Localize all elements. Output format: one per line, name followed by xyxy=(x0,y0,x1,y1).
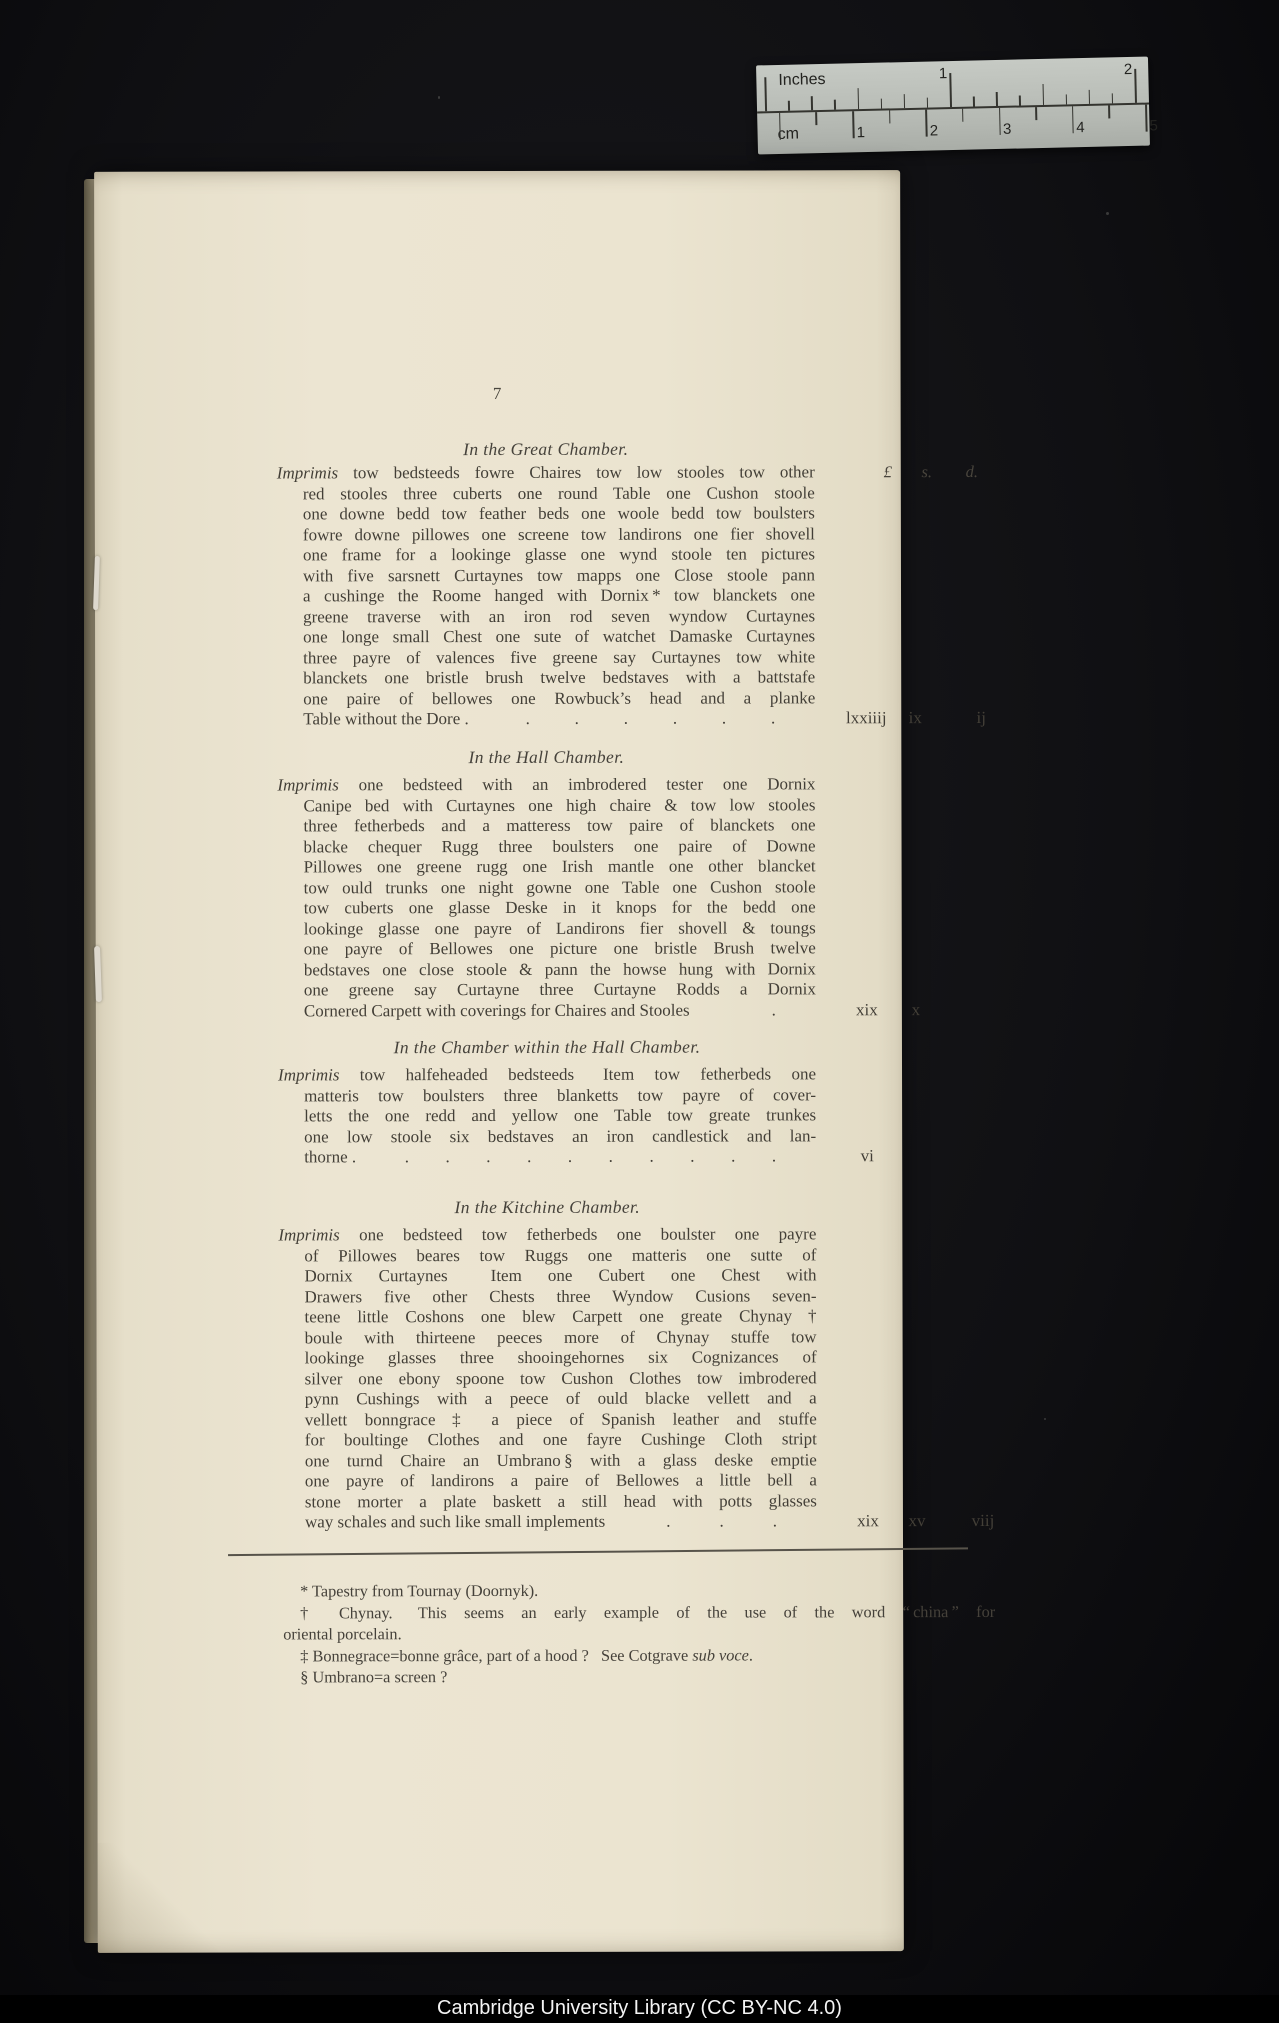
scan-background: Inches cm 1212345 7 £ s. d. * Tapestry f… xyxy=(0,0,1279,2023)
inventory-line: Canipe bed with Curtaynes one high chair… xyxy=(303,795,815,817)
footnote-line: ‡ Bonnegrace=bonne grâce, part of a hood… xyxy=(283,1644,995,1667)
ruler-inch-number: 1 xyxy=(935,65,947,82)
dot-leader: ... xyxy=(605,1511,817,1532)
inventory-line: letts the one redd and yellow one Table … xyxy=(304,1105,816,1127)
credit-bar: Cambridge University Library (CC BY-NC 4… xyxy=(0,1995,1279,2023)
inventory-line: Imprimis one bedsteed with an imbrodered… xyxy=(277,774,815,796)
leader-dot: . xyxy=(719,1512,723,1533)
leader-dot: . xyxy=(773,1511,777,1532)
ruler-tick-inch xyxy=(834,100,836,110)
inventory-line: Imprimis tow bedsteeds fowre Chaires tow… xyxy=(277,462,815,484)
leader-dot: . xyxy=(690,1147,694,1168)
inventory-line: one payre of landirons a paire of Bellow… xyxy=(305,1470,817,1492)
leader-dot: . xyxy=(673,709,677,730)
ruler-tick-cm xyxy=(815,112,817,125)
ruler-inches-label: Inches xyxy=(778,71,826,90)
amount-pounds: vi xyxy=(822,1146,912,1167)
ruler-tick-inch xyxy=(949,73,951,107)
leader-dot: . xyxy=(624,709,628,730)
inventory-line: three payre of valences five greene say … xyxy=(303,647,815,669)
ruler-tick-cm xyxy=(1072,106,1074,133)
inventory-line: blanckets one bristle brush twelve bedst… xyxy=(303,667,815,689)
amount-shillings: x xyxy=(871,1000,961,1021)
leader-dot: . xyxy=(568,1147,572,1168)
inventory-line: red stooles three cuberts one round Tabl… xyxy=(303,483,815,505)
inventory-line: greene traverse with an iron rod seven w… xyxy=(303,606,815,628)
inventory-line: one turnd Chaire an Umbrano § with a gla… xyxy=(305,1450,817,1472)
ruler-tick-cm xyxy=(1108,105,1110,118)
leader-dot: . xyxy=(722,709,726,730)
inventory-line: vellett bonngrace ‡ a piece of Spanish l… xyxy=(305,1409,817,1431)
inventory-line: one payre of Bellowes one picture one br… xyxy=(304,938,816,960)
section-heading: In the Hall Chamber. xyxy=(277,746,815,768)
inventory-line: tow cuberts one glasse Deske in it knops… xyxy=(304,897,816,919)
dot-leader: .......... xyxy=(356,1146,816,1167)
latin-phrase: sub voce xyxy=(692,1645,749,1664)
inventory-line: Pillowes one greene rugg one Irish mantl… xyxy=(304,856,816,878)
leader-dot: . xyxy=(486,1147,490,1168)
ruler-cm-number: 4 xyxy=(1076,119,1085,136)
inventory-line: one frame for a lookinge glasse one wynd… xyxy=(303,544,815,566)
inventory-line: Drawers five other Chests three Wyndow C… xyxy=(304,1286,816,1308)
inventory-line: of Pillowes beares tow Ruggs one matteri… xyxy=(304,1245,816,1267)
page-number: 7 xyxy=(95,383,901,405)
inventory-line: one low stoole six bedstaves an iron can… xyxy=(304,1126,816,1148)
section-heading: In the Great Chamber. xyxy=(277,438,815,460)
ruler-tick-inch xyxy=(996,92,998,106)
ruler-tick-inch xyxy=(880,99,882,109)
ruler-tick-inch xyxy=(1065,94,1067,104)
inventory-paragraph: Imprimis tow bedsteeds fowre Chaires tow… xyxy=(277,462,816,730)
footnote-line: † Chynay. This seems an early example of… xyxy=(283,1601,995,1624)
inventory-paragraph: Imprimis one bedsteed with an imbrodered… xyxy=(277,774,816,1021)
footnotes: * Tapestry from Tournay (Doornyk).† Chyn… xyxy=(283,1579,995,1688)
dot-leader: . xyxy=(690,1000,816,1021)
amount-pence: viij xyxy=(938,1511,1028,1532)
ruler-tick-inch xyxy=(903,94,905,108)
inventory-line: fowre downe pillowes one screene tow lan… xyxy=(303,524,815,546)
ruler-tick-cm xyxy=(925,110,927,137)
ruler-tick-cm xyxy=(779,113,781,140)
inventory-line: Cornered Carpett with coverings for Chai… xyxy=(304,1000,816,1022)
inventory-line: for boultinge Clothes and one fayre Cush… xyxy=(305,1429,817,1451)
leader-dot: . xyxy=(445,1147,449,1168)
dust-speck xyxy=(438,96,440,99)
footnote-line: oriental porcelain. xyxy=(283,1622,995,1645)
leader-dot: . xyxy=(649,1147,653,1168)
inventory-line: pynn Cushings with a peece of ould black… xyxy=(305,1388,817,1410)
ruler-cm-number: 3 xyxy=(1003,121,1012,138)
inventory-line: lookinge glasses three shooingehornes si… xyxy=(305,1347,817,1369)
footnote-rule xyxy=(228,1547,968,1556)
inventory-line: with five sarsnett Curtaynes tow mapps o… xyxy=(303,565,815,587)
inventory-paragraph: Imprimis one bedsteed tow fetherbeds one… xyxy=(278,1224,817,1533)
inventory-line: thorne ........... xyxy=(304,1146,816,1168)
inventory-line-text: thorne . xyxy=(304,1147,356,1168)
ruler-tick-inch xyxy=(1042,84,1044,105)
ruler-tick-inch xyxy=(1134,69,1136,103)
inventory-line: Dornix Curtaynes Item one Cubert one Che… xyxy=(304,1265,816,1287)
inventory-line: silver one ebony spoone tow Cushon Cloth… xyxy=(305,1368,817,1390)
leader-dot: . xyxy=(405,1147,409,1168)
inventory-line: a cushinge the Roome hanged with Dornix … xyxy=(303,585,815,607)
ruler-inch-number: 2 xyxy=(1120,61,1132,78)
ruler-tick-cm xyxy=(1035,107,1037,120)
inventory-line: lookinge glasse one payre of Landirons f… xyxy=(304,918,816,940)
section-heading: In the Kitchine Chamber. xyxy=(278,1196,816,1218)
dust-speck xyxy=(1106,212,1109,215)
inventory-line: matteris tow boulsters three blanketts t… xyxy=(304,1085,816,1107)
inventory-line: way schales and such like small implemen… xyxy=(305,1511,817,1533)
inventory-line-text: Table without the Dore . xyxy=(303,709,469,730)
latin-imprimis: Imprimis xyxy=(277,775,338,794)
ruler-tick-inch xyxy=(927,98,929,108)
inventory-line-text: Cornered Carpett with coverings for Chai… xyxy=(304,1000,690,1021)
inventory-line: one paire of bellowes one Rowbuck’s head… xyxy=(303,688,815,710)
inventory-line: stone morter a plate baskett a still hea… xyxy=(305,1491,817,1513)
ruler-tick-inch xyxy=(973,97,975,107)
ruler-cm-number: 5 xyxy=(1149,117,1158,134)
inventory-line: tow ould trunks one night gowne one Tabl… xyxy=(304,877,816,899)
inventory-line: Table without the Dore ....... xyxy=(303,708,815,730)
inventory-line: one longe small Chest one sute of watche… xyxy=(303,626,815,648)
ruler-tick-inch xyxy=(811,96,813,110)
ruler-tick-inch xyxy=(857,88,859,109)
latin-imprimis: Imprimis xyxy=(278,1225,339,1244)
ruler-cm-number: 2 xyxy=(930,122,939,139)
inventory-paragraph: Imprimis tow halfeheaded bedsteeds Item … xyxy=(278,1064,816,1168)
leader-dot: . xyxy=(666,1512,670,1533)
book-page: 7 £ s. d. * Tapestry from Tournay (Doorn… xyxy=(94,170,904,1953)
leader-dot: . xyxy=(526,709,530,730)
leader-dot: . xyxy=(772,1000,776,1021)
leader-dot: . xyxy=(575,709,579,730)
ruler-cm-number: 1 xyxy=(856,124,865,141)
ruler-tick-cm xyxy=(1145,105,1147,132)
ruler-tick-cm xyxy=(889,110,891,123)
dot-leader: ...... xyxy=(469,708,816,729)
inventory-line: boule with thirteene peeces more of Chyn… xyxy=(305,1327,817,1349)
inventory-line: teene little Coshons one blew Carpett on… xyxy=(305,1306,817,1328)
ruler-tick-cm xyxy=(999,108,1001,135)
leader-dot: . xyxy=(771,708,775,729)
amount-pence: ij xyxy=(936,708,1026,729)
leader-dot: . xyxy=(731,1147,735,1168)
inventory-line: bedstaves one close stoole & pann the ho… xyxy=(304,959,816,981)
ruler-tick-inch xyxy=(1019,95,1021,105)
ruler-tick-inch xyxy=(764,77,766,111)
ruler-tick-inch xyxy=(1112,93,1114,103)
footnote-line: * Tapestry from Tournay (Doornyk). xyxy=(283,1579,995,1602)
inventory-line: Imprimis one bedsteed tow fetherbeds one… xyxy=(278,1224,816,1246)
dust-speck xyxy=(1044,1418,1046,1420)
latin-imprimis: Imprimis xyxy=(277,463,338,482)
ruler-tick-inch xyxy=(1088,90,1090,104)
ruler-tick-inch xyxy=(788,101,790,111)
inventory-line: one downe bedd tow feather beds one wool… xyxy=(303,503,815,525)
inventory-line: three fetherbeds and a matteress tow pai… xyxy=(303,815,815,837)
ruler-tick-cm xyxy=(852,111,854,138)
inventory-line: blacke chequer Rugg three boulsters one … xyxy=(304,836,816,858)
inventory-line: one greene say Curtayne three Curtayne R… xyxy=(304,979,816,1001)
section-heading: In the Chamber within the Hall Chamber. xyxy=(278,1036,816,1058)
latin-imprimis: Imprimis xyxy=(278,1065,339,1084)
scale-ruler: Inches cm 1212345 xyxy=(756,57,1150,155)
footnote-line: § Umbrano=a screen ? xyxy=(283,1665,995,1688)
ruler-tick-cm xyxy=(962,109,964,122)
leader-dot: . xyxy=(527,1147,531,1168)
leader-dot: . xyxy=(772,1146,776,1167)
money-column-pence-header: d. xyxy=(927,462,1017,482)
inventory-line-text: way schales and such like small implemen… xyxy=(305,1512,605,1533)
inventory-line: Imprimis tow halfeheaded bedsteeds Item … xyxy=(278,1064,816,1086)
leader-dot: . xyxy=(609,1147,613,1168)
